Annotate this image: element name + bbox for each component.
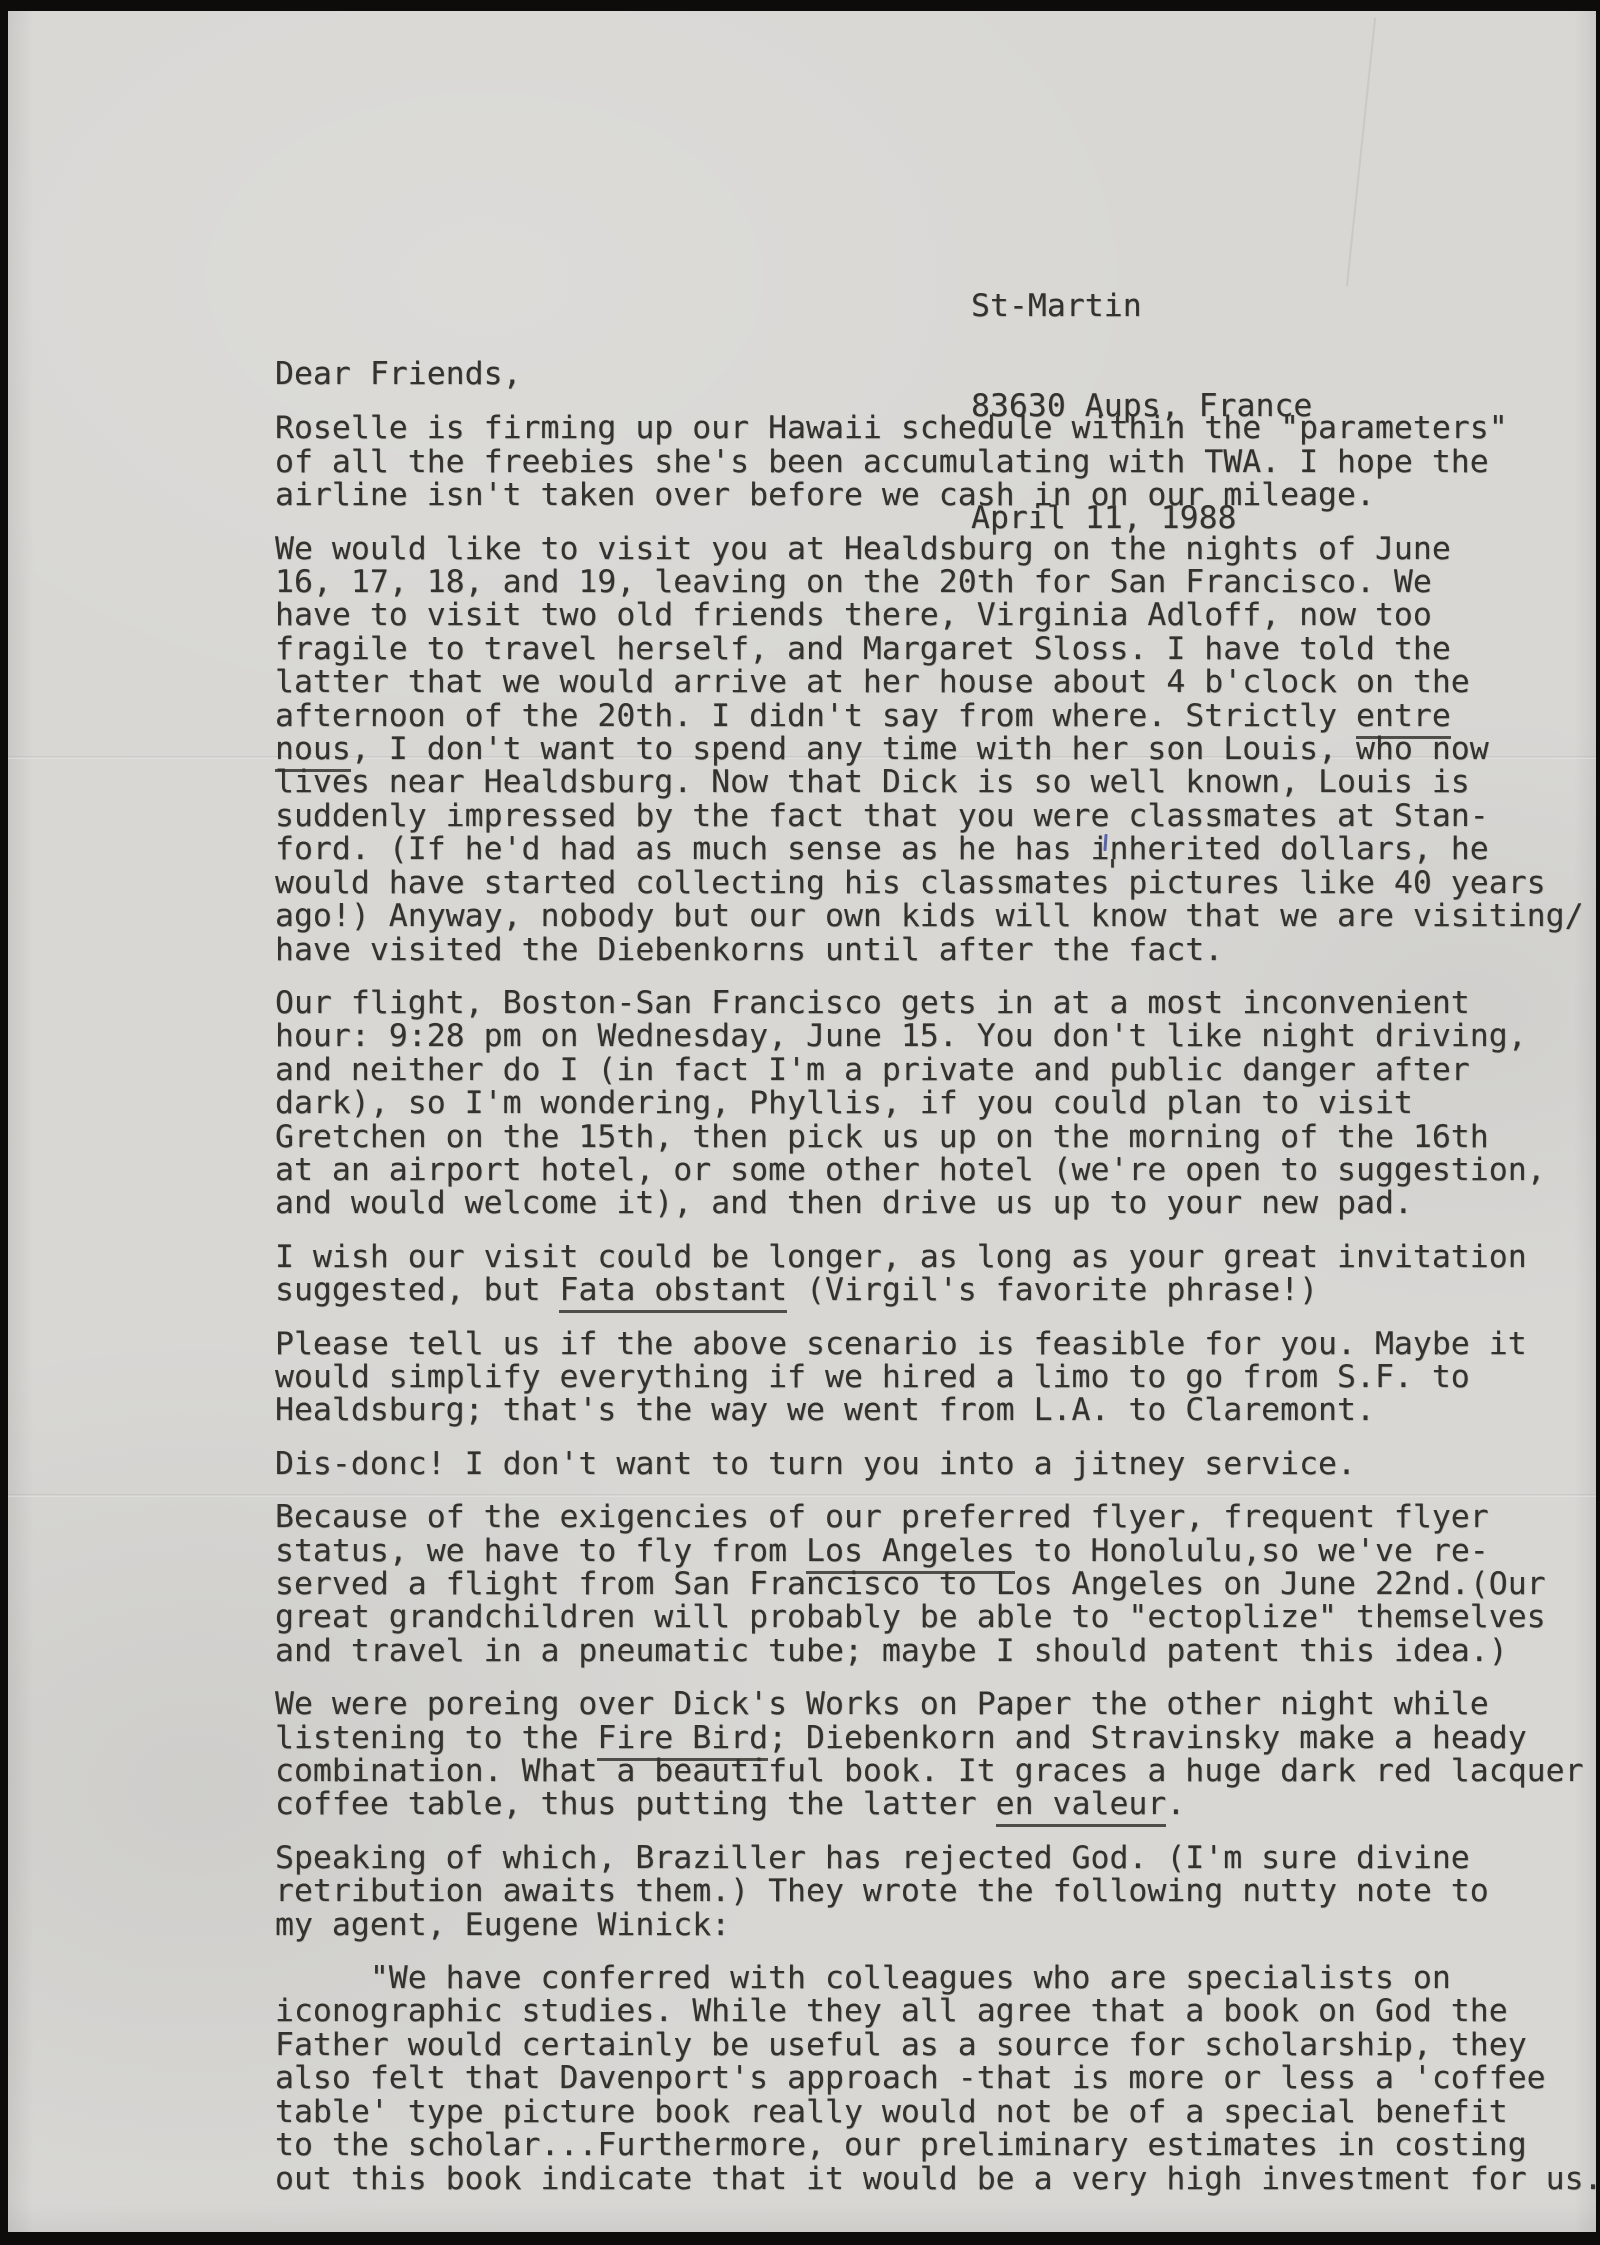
text-line: out this book indicate that it would be … bbox=[275, 2163, 1595, 2196]
text-line: We were poreing over Dick's Works on Pap… bbox=[275, 1688, 1595, 1721]
text-segment: listening to the bbox=[275, 1720, 597, 1756]
text-segment: Speaking of which, Braziller has rejecte… bbox=[275, 1840, 1470, 1876]
paragraph: We were poreing over Dick's Works on Pap… bbox=[275, 1688, 1595, 1822]
text-line: Father would certainly be useful as a so… bbox=[275, 2029, 1595, 2062]
text-line: and neither do I (in fact I'm a private … bbox=[275, 1054, 1595, 1087]
text-line: 16, 17, 18, and 19, leaving on the 20th … bbox=[275, 566, 1595, 599]
text-segment: and neither do I (in fact I'm a private … bbox=[275, 1052, 1470, 1088]
text-line: table' type picture book really would no… bbox=[275, 2096, 1595, 2129]
text-segment: at an airport hotel, or some other hotel… bbox=[275, 1152, 1546, 1188]
text-segment: (Virgil's favorite phrase!) bbox=[787, 1272, 1318, 1308]
text-segment: lives near Healdsburg. Now that Dick is … bbox=[275, 764, 1470, 800]
text-segment: Dis-donc! I don't want to turn you into … bbox=[275, 1446, 1356, 1482]
text-line: airline isn't taken over before we cash … bbox=[275, 479, 1595, 512]
text-line: suddenly impressed by the fact that you … bbox=[275, 800, 1595, 833]
text-segment: fragile to travel herself, and Margaret … bbox=[275, 631, 1451, 667]
text-line: also felt that Davenport's approach -tha… bbox=[275, 2062, 1595, 2095]
text-segment: ; Diebenkorn and Stravinsky make a heady bbox=[768, 1720, 1527, 1756]
text-line: and would welcome it), and then drive us… bbox=[275, 1187, 1595, 1220]
text-line: to the scholar...Furthermore, our prelim… bbox=[275, 2129, 1595, 2162]
text-line: "We have conferred with colleagues who a… bbox=[275, 1962, 1595, 1995]
text-line: afternoon of the 20th. I didn't say from… bbox=[275, 700, 1595, 733]
letter-paper: St-Martin 83630 Aups, France April 11, 1… bbox=[8, 11, 1596, 2232]
text-segment: retribution awaits them.) They wrote the… bbox=[275, 1873, 1489, 1909]
text-line: of all the freebies she's been accumulat… bbox=[275, 446, 1595, 479]
text-segment: also felt that Davenport's approach -tha… bbox=[275, 2060, 1546, 2096]
text-segment: "We have conferred with colleagues who a… bbox=[275, 1960, 1451, 1996]
text-line: latter that we would arrive at her house… bbox=[275, 666, 1595, 699]
text-line: have visited the Diebenkorns until after… bbox=[275, 934, 1595, 967]
text-line: lives near Healdsburg. Now that Dick is … bbox=[275, 766, 1595, 799]
paragraph: Roselle is firming up our Hawaii schedul… bbox=[275, 412, 1595, 512]
text-line: great grandchildren will probably be abl… bbox=[275, 1601, 1595, 1634]
text-segment: out this book indicate that it would be … bbox=[275, 2161, 1600, 2197]
text-segment: dark), so I'm wondering, Phyllis, if you… bbox=[275, 1085, 1413, 1121]
salutation: Dear Friends, bbox=[275, 358, 1595, 391]
letter-content: Dear Friends, Roselle is firming up our … bbox=[275, 358, 1595, 2216]
text-segment: status, we have to fly from bbox=[275, 1533, 806, 1569]
text-line: have to visit two old friends there, Vir… bbox=[275, 599, 1595, 632]
text-line: iconographic studies. While they all agr… bbox=[275, 1995, 1595, 2028]
text-segment: my agent, Eugene Winick: bbox=[275, 1907, 730, 1943]
text-segment: latter that we would arrive at her house… bbox=[275, 664, 1470, 700]
text-line: coffee table, thus putting the latter en… bbox=[275, 1788, 1595, 1821]
text-line: combination. What a beautiful book. It g… bbox=[275, 1755, 1595, 1788]
text-line: Our flight, Boston-San Francisco gets in… bbox=[275, 987, 1595, 1020]
text-line: status, we have to fly from Los Angeles … bbox=[275, 1535, 1595, 1568]
text-segment: Gretchen on the 15th, then pick us up on… bbox=[275, 1119, 1489, 1155]
text-line: suggested, but Fata obstant (Virgil's fa… bbox=[275, 1274, 1595, 1307]
text-line: at an airport hotel, or some other hotel… bbox=[275, 1154, 1595, 1187]
text-line: dark), so I'm wondering, Phyllis, if you… bbox=[275, 1087, 1595, 1120]
text-line: We would like to visit you at Healdsburg… bbox=[275, 533, 1595, 566]
text-segment: and travel in a pneumatic tube; maybe I … bbox=[275, 1633, 1508, 1669]
letter-photo: { "colors": { "backdrop": "#0d0c0a", "pa… bbox=[0, 0, 1600, 2245]
text-segment: combination. What a beautiful book. It g… bbox=[275, 1753, 1584, 1789]
paragraph: Dis-donc! I don't want to turn you into … bbox=[275, 1448, 1595, 1481]
text-segment: have to visit two old friends there, Vir… bbox=[275, 597, 1432, 633]
text-line: listening to the Fire Bird; Diebenkorn a… bbox=[275, 1722, 1595, 1755]
text-line: Speaking of which, Braziller has rejecte… bbox=[275, 1842, 1595, 1875]
paragraph: I wish our visit could be longer, as lon… bbox=[275, 1241, 1595, 1308]
paragraph: We would like to visit you at Healdsburg… bbox=[275, 533, 1595, 967]
paragraph: Our flight, Boston-San Francisco gets in… bbox=[275, 987, 1595, 1221]
text-line: Because of the exigencies of our preferr… bbox=[275, 1501, 1595, 1534]
text-segment: ford. (If he'd had as much sense as he h… bbox=[275, 831, 1489, 867]
text-segment: ago!) Anyway, nobody but our own kids wi… bbox=[275, 898, 1584, 934]
paragraph: Because of the exigencies of our preferr… bbox=[275, 1501, 1595, 1668]
text-line: hour: 9:28 pm on Wednesday, June 15. You… bbox=[275, 1020, 1595, 1053]
text-line: Dis-donc! I don't want to turn you into … bbox=[275, 1448, 1595, 1481]
text-segment: 16, 17, 18, and 19, leaving on the 20th … bbox=[275, 564, 1432, 600]
text-segment: have visited the Diebenkorns until after… bbox=[275, 932, 1223, 968]
text-segment: would simplify everything if we hired a … bbox=[275, 1359, 1470, 1395]
text-segment: and would welcome it), and then drive us… bbox=[275, 1185, 1413, 1221]
text-line: served a flight from San Francisco to Lo… bbox=[275, 1568, 1595, 1601]
text-segment: would have started collecting his classm… bbox=[275, 865, 1546, 901]
text-line: fragile to travel herself, and Margaret … bbox=[275, 633, 1595, 666]
text-segment: We would like to visit you at Healdsburg… bbox=[275, 531, 1451, 567]
paper-wrinkle bbox=[1346, 18, 1376, 287]
text-segment: airline isn't taken over before we cash … bbox=[275, 477, 1375, 513]
text-segment: table' type picture book really would no… bbox=[275, 2094, 1508, 2130]
text-segment: served a flight from San Francisco to Lo… bbox=[275, 1566, 1546, 1602]
text-segment: to the scholar...Furthermore, our prelim… bbox=[275, 2127, 1527, 2163]
text-segment: Please tell us if the above scenario is … bbox=[275, 1326, 1527, 1362]
text-line: Gretchen on the 15th, then pick us up on… bbox=[275, 1121, 1595, 1154]
text-segment: Father would certainly be useful as a so… bbox=[275, 2027, 1527, 2063]
text-line: ford. (If he'd had as much sense as he h… bbox=[275, 833, 1595, 866]
text-segment: Roselle is firming up our Hawaii schedul… bbox=[275, 410, 1508, 446]
text-segment: to Honolulu,so we've re- bbox=[1015, 1533, 1489, 1569]
letter-body: Roselle is firming up our Hawaii schedul… bbox=[275, 412, 1595, 2196]
text-line: my agent, Eugene Winick: bbox=[275, 1909, 1595, 1942]
text-line: nous, I don't want to spend any time wit… bbox=[275, 733, 1595, 766]
text-line: would simplify everything if we hired a … bbox=[275, 1361, 1595, 1394]
text-segment: suddenly impressed by the fact that you … bbox=[275, 798, 1489, 834]
text-segment: We were poreing over Dick's Works on Pap… bbox=[275, 1686, 1489, 1722]
sender-address-line1: St-Martin bbox=[971, 290, 1312, 323]
underlined-phrase: Fata obstant bbox=[559, 1272, 787, 1313]
text-segment: hour: 9:28 pm on Wednesday, June 15. You… bbox=[275, 1018, 1527, 1054]
text-line: Please tell us if the above scenario is … bbox=[275, 1328, 1595, 1361]
text-line: ago!) Anyway, nobody but our own kids wi… bbox=[275, 900, 1595, 933]
paragraph: Speaking of which, Braziller has rejecte… bbox=[275, 1842, 1595, 1942]
text-line: would have started collecting his classm… bbox=[275, 867, 1595, 900]
text-segment: of all the freebies she's been accumulat… bbox=[275, 444, 1489, 480]
text-segment: , I don't want to spend any time with he… bbox=[351, 731, 1489, 767]
paragraph: "We have conferred with colleagues who a… bbox=[275, 1962, 1595, 2196]
underlined-phrase: en valeur bbox=[996, 1786, 1167, 1827]
text-segment: great grandchildren will probably be abl… bbox=[275, 1599, 1546, 1635]
text-line: and travel in a pneumatic tube; maybe I … bbox=[275, 1635, 1595, 1668]
text-segment: Because of the exigencies of our preferr… bbox=[275, 1499, 1489, 1535]
text-segment: suggested, but bbox=[275, 1272, 559, 1308]
text-line: Roselle is firming up our Hawaii schedul… bbox=[275, 412, 1595, 445]
text-segment: Our flight, Boston-San Francisco gets in… bbox=[275, 985, 1470, 1021]
paragraph: Please tell us if the above scenario is … bbox=[275, 1328, 1595, 1428]
text-line: I wish our visit could be longer, as lon… bbox=[275, 1241, 1595, 1274]
text-segment: coffee table, thus putting the latter bbox=[275, 1786, 996, 1822]
text-segment: iconographic studies. While they all agr… bbox=[275, 1993, 1508, 2029]
text-segment: Healdsburg; that's the way we went from … bbox=[275, 1392, 1375, 1428]
text-line: retribution awaits them.) They wrote the… bbox=[275, 1875, 1595, 1908]
inserted-apostrophe-mark: ' bbox=[1103, 854, 1122, 890]
text-line: Healdsburg; that's the way we went from … bbox=[275, 1394, 1595, 1427]
text-segment: afternoon of the 20th. I didn't say from… bbox=[275, 698, 1356, 734]
text-segment: I wish our visit could be longer, as lon… bbox=[275, 1239, 1527, 1275]
text-segment: . bbox=[1166, 1786, 1185, 1822]
